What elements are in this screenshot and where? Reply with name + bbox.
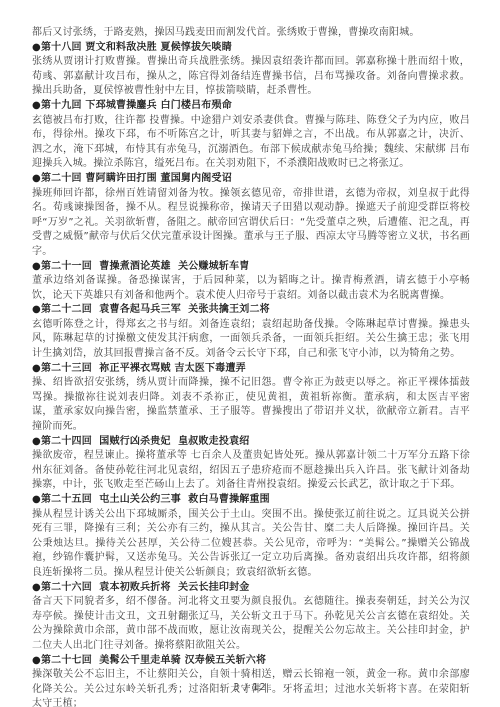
bullet-icon: ● — [32, 173, 41, 184]
chapter-section-25: ●第二十五回 屯土山关公约三事 救白马曹操解重围 操从程昱计诱关公出下邳城厮杀，… — [32, 493, 470, 581]
chapter-title: 第二十回 曹阿瞒许田打围 董国舅内阁受诏 — [41, 173, 232, 184]
chapter-title: 第二十四回 国贼行凶杀贵妃 皇叔败走投袁绍 — [41, 436, 250, 447]
chapter-body-text: 操欲废帝，程昱谏止。操将董承等 七百余人及董贵妃皆处死。操从郭嘉计领二十万军分五… — [32, 449, 470, 493]
chapter-title: 第二十六回 袁本初败兵折将 关云长挂印封金 — [41, 582, 250, 593]
document-page: 都后又讨张绣，于路麦熟，操因马践麦田而割发代首。张绣败于曹操，曹操攻南阳城。 ●… — [0, 0, 500, 707]
chapter-heading: ●第二十七回 美髯公千里走单骑 汉寿候五关斩六将 — [32, 654, 470, 669]
chapter-title: 第二十五回 屯土山关公约三事 救白马曹操解重围 — [41, 494, 270, 505]
bullet-icon: ● — [32, 436, 41, 447]
chapter-heading: ●第二十六回 袁本初败兵折将 关云长挂印封金 — [32, 581, 470, 596]
bullet-icon: ● — [32, 363, 41, 374]
chapter-body-text: 操、绍皆欲招安张绣，绣从贾计而降操，操不记旧怨。曹令祢正为鼓吏以辱之。祢正平裸体… — [32, 376, 470, 434]
chapter-title: 第十八回 贾文和料敌决胜 夏候惇拔矢啖睛 — [41, 42, 232, 53]
chapter-section-20: ●第二十回 曹阿瞒许田打围 董国舅内阁受诏 操班师回许都，徐州百姓请留刘备为牧。… — [32, 172, 470, 260]
chapter-heading: ●第二十一回 曹操煮酒论英雄 关公赚城斩车胄 — [32, 260, 470, 275]
chapter-body-text: 操从程昱计诱关公出下邳城厮杀，围关公于土山。突围不出。操使张辽前往说之。辽具说关… — [32, 508, 470, 581]
intro-paragraph: 都后又讨张绣，于路麦熟，操因马践麦田而割发代首。张绣败于曹操，曹操攻南阳城。 — [32, 26, 470, 41]
bullet-icon: ● — [32, 655, 41, 666]
chapter-section-21: ●第二十一回 曹操煮酒论英雄 关公赚城斩车胄 董承边络刘备谋操。备恐操谋害，于后… — [32, 260, 470, 304]
chapter-body-text: 张绣从贾诩计打败曹操。曹操出奇兵战胜张绣。操因袁绍袭许都而回。郭嘉称操十胜而绍十… — [32, 55, 470, 99]
chapter-heading: ●第二十回 曹阿瞒许田打围 董国舅内阁受诏 — [32, 172, 470, 187]
bullet-icon: ● — [32, 494, 41, 505]
chapter-section-23: ●第二十三回 祢正平裸衣骂贼 吉太医下毒遭弄 操、绍皆欲招安张绣，绣从贾计而降操… — [32, 362, 470, 435]
chapter-body-text: 玄德听陈登之计，得郑玄之书与绍。刘备连袁绍；袁绍起助备伐操。令陈琳起草讨曹操。操… — [32, 318, 470, 362]
chapter-heading: ●第十八回 贾文和料敌决胜 夏候惇拔矢啖睛 — [32, 41, 470, 56]
chapter-title: 第二十七回 美髯公千里走单骑 汉寿候五关斩六将 — [41, 655, 266, 666]
chapter-section-19: ●第十九回 下邳城曹操鏖兵 白门楼吕布殒命 玄德被吕布打败，往许都 投曹操。中途… — [32, 99, 470, 172]
chapter-heading: ●第二十三回 祢正平裸衣骂贼 吉太医下毒遭弄 — [32, 362, 470, 377]
chapter-section-27: ●第二十七回 美髯公千里走单骑 汉寿候五关斩六将 操深敬关公不忘旧主，不让蔡阳关… — [32, 654, 470, 707]
chapter-body-text: 董承边络刘备谋操。备恐操谋害，于后园种菜，以为韬晦之计。操青梅煮酒，请玄德于小亭… — [32, 274, 470, 303]
bullet-icon: ● — [32, 42, 41, 53]
bullet-icon: ● — [32, 582, 41, 593]
chapter-heading: ●第二十四回 国贼行凶杀贵妃 皇叔败走投袁绍 — [32, 435, 470, 450]
chapter-body-text: 玄德被吕布打败，往许都 投曹操。中途猎户刘安杀妻供食。曹操与陈珪、陈登父子为内应… — [32, 114, 470, 172]
page-number: 3 / 12 — [0, 682, 500, 693]
chapter-heading: ●第十九回 下邳城曹操鏖兵 白门楼吕布殒命 — [32, 99, 470, 114]
chapter-heading: ●第二十二回 袁曹各起马兵三军 关张共擒王刘二将 — [32, 303, 470, 318]
bullet-icon: ● — [32, 261, 41, 272]
bullet-icon: ● — [32, 100, 41, 111]
chapter-section-18: ●第十八回 贾文和料敌决胜 夏候惇拔矢啖睛 张绣从贾诩计打败曹操。曹操出奇兵战胜… — [32, 41, 470, 99]
chapter-title: 第二十二回 袁曹各起马兵三军 关张共擒王刘二将 — [41, 304, 270, 315]
chapter-title: 第二十一回 曹操煮酒论英雄 关公赚城斩车胄 — [41, 261, 250, 272]
bullet-icon: ● — [32, 304, 41, 315]
chapter-body-text: 备言天下同貌者多，绍不僇备。河北将文丑要为颜良报仇。玄德随往。操表奏朝廷，封关公… — [32, 595, 470, 653]
chapter-title: 第十九回 下邳城曹操鏖兵 白门楼吕布殒命 — [41, 100, 232, 111]
chapter-section-22: ●第二十二回 袁曹各起马兵三军 关张共擒王刘二将 玄德听陈登之计，得郑玄之书与绍… — [32, 303, 470, 361]
chapter-section-26: ●第二十六回 袁本初败兵折将 关云长挂印封金 备言天下同貌者多，绍不僇备。河北将… — [32, 581, 470, 654]
chapter-title: 第二十三回 祢正平裸衣骂贼 吉太医下毒遭弄 — [41, 363, 246, 374]
chapter-body-text: 操班师回许都，徐州百姓请留刘备为牧。操领玄德见帝，帝排世谱，玄德为帝叔，刘皇叔于… — [32, 187, 470, 260]
chapter-section-24: ●第二十四回 国贼行凶杀贵妃 皇叔败走投袁绍 操欲废帝，程昱谏止。操将董承等 七… — [32, 435, 470, 493]
chapter-heading: ●第二十五回 屯土山关公约三事 救白马曹操解重围 — [32, 493, 470, 508]
